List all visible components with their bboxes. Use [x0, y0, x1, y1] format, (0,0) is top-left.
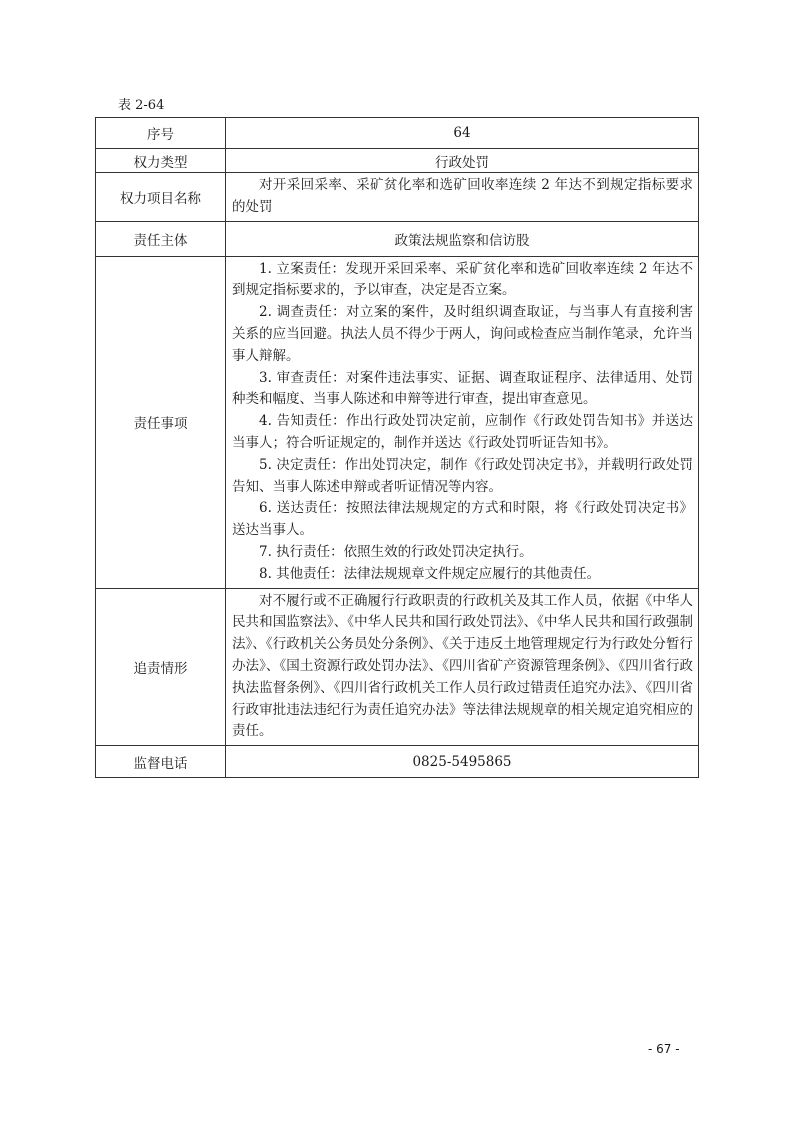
row-label: 追责情形	[96, 588, 226, 746]
responsibility-item: 1. 立案责任：发现开采回采率、采矿贫化率和选矿回收率连续 2 年达不到规定指标…	[232, 259, 693, 303]
responsibility-item: 4. 告知责任：作出行政处罚决定前，应制作《行政处罚告知书》并送达当事人；符合听…	[232, 411, 693, 455]
table-row-supervision-phone: 监督电话 0825-5495865	[96, 746, 699, 778]
table-caption: 表 2-64	[118, 98, 164, 114]
power-item-table: 序号 64 权力类型 行政处罚 权力项目名称 对开采回采率、采矿贫化率和选矿回收…	[95, 117, 699, 778]
row-label: 权力类型	[96, 149, 226, 173]
row-label: 责任事项	[96, 256, 226, 588]
responsibility-item: 2. 调查责任：对立案的案件，及时组织调查取证，与当事人有直接利害关系的应当回避…	[232, 302, 693, 367]
serial-number: 64	[226, 118, 699, 149]
responsibility-item: 5. 决定责任：作出处罚决定，制作《行政处罚决定书》，并载明行政处罚告知、当事人…	[232, 455, 693, 499]
row-label: 监督电话	[96, 746, 226, 778]
responsibility-item: 8. 其他责任：法律法规规章文件规定应履行的其他责任。	[232, 564, 693, 586]
table-row-responsible-body: 责任主体 政策法规监察和信访股	[96, 221, 699, 256]
table-row-power-type: 权力类型 行政处罚	[96, 149, 699, 173]
row-label: 序号	[96, 118, 226, 149]
table-row-accountability: 追责情形 对不履行或不正确履行行政职责的行政机关及其工作人员，依据《中华人民共和…	[96, 588, 699, 746]
supervision-phone: 0825-5495865	[226, 746, 699, 778]
responsibility-item: 6. 送达责任：按照法律法规规定的方式和时限，将《行政处罚决定书》送达当事人。	[232, 498, 693, 542]
accountability-text: 对不履行或不正确履行行政职责的行政机关及其工作人员，依据《中华人民共和国监察法》…	[232, 591, 693, 744]
responsibility-item: 7. 执行责任：依照生效的行政处罚决定执行。	[232, 542, 693, 564]
power-type: 行政处罚	[226, 149, 699, 173]
table-row-responsibilities: 责任事项 1. 立案责任：发现开采回采率、采矿贫化率和选矿回收率连续 2 年达不…	[96, 256, 699, 588]
page-number: - 67 -	[648, 1042, 680, 1056]
table-row-serial: 序号 64	[96, 118, 699, 149]
item-name: 对开采回采率、采矿贫化率和选矿回收率连续 2 年达不到规定指标要求的处罚	[232, 175, 693, 219]
responsibility-item: 3. 审查责任：对案件违法事实、证据、调查取证程序、法律适用、处罚种类和幅度、当…	[232, 368, 693, 412]
row-label: 责任主体	[96, 221, 226, 256]
responsible-body: 政策法规监察和信访股	[226, 221, 699, 256]
table-row-item-name: 权力项目名称 对开采回采率、采矿贫化率和选矿回收率连续 2 年达不到规定指标要求…	[96, 173, 699, 222]
responsibility-list: 1. 立案责任：发现开采回采率、采矿贫化率和选矿回收率连续 2 年达不到规定指标…	[226, 256, 699, 588]
row-label: 权力项目名称	[96, 173, 226, 222]
